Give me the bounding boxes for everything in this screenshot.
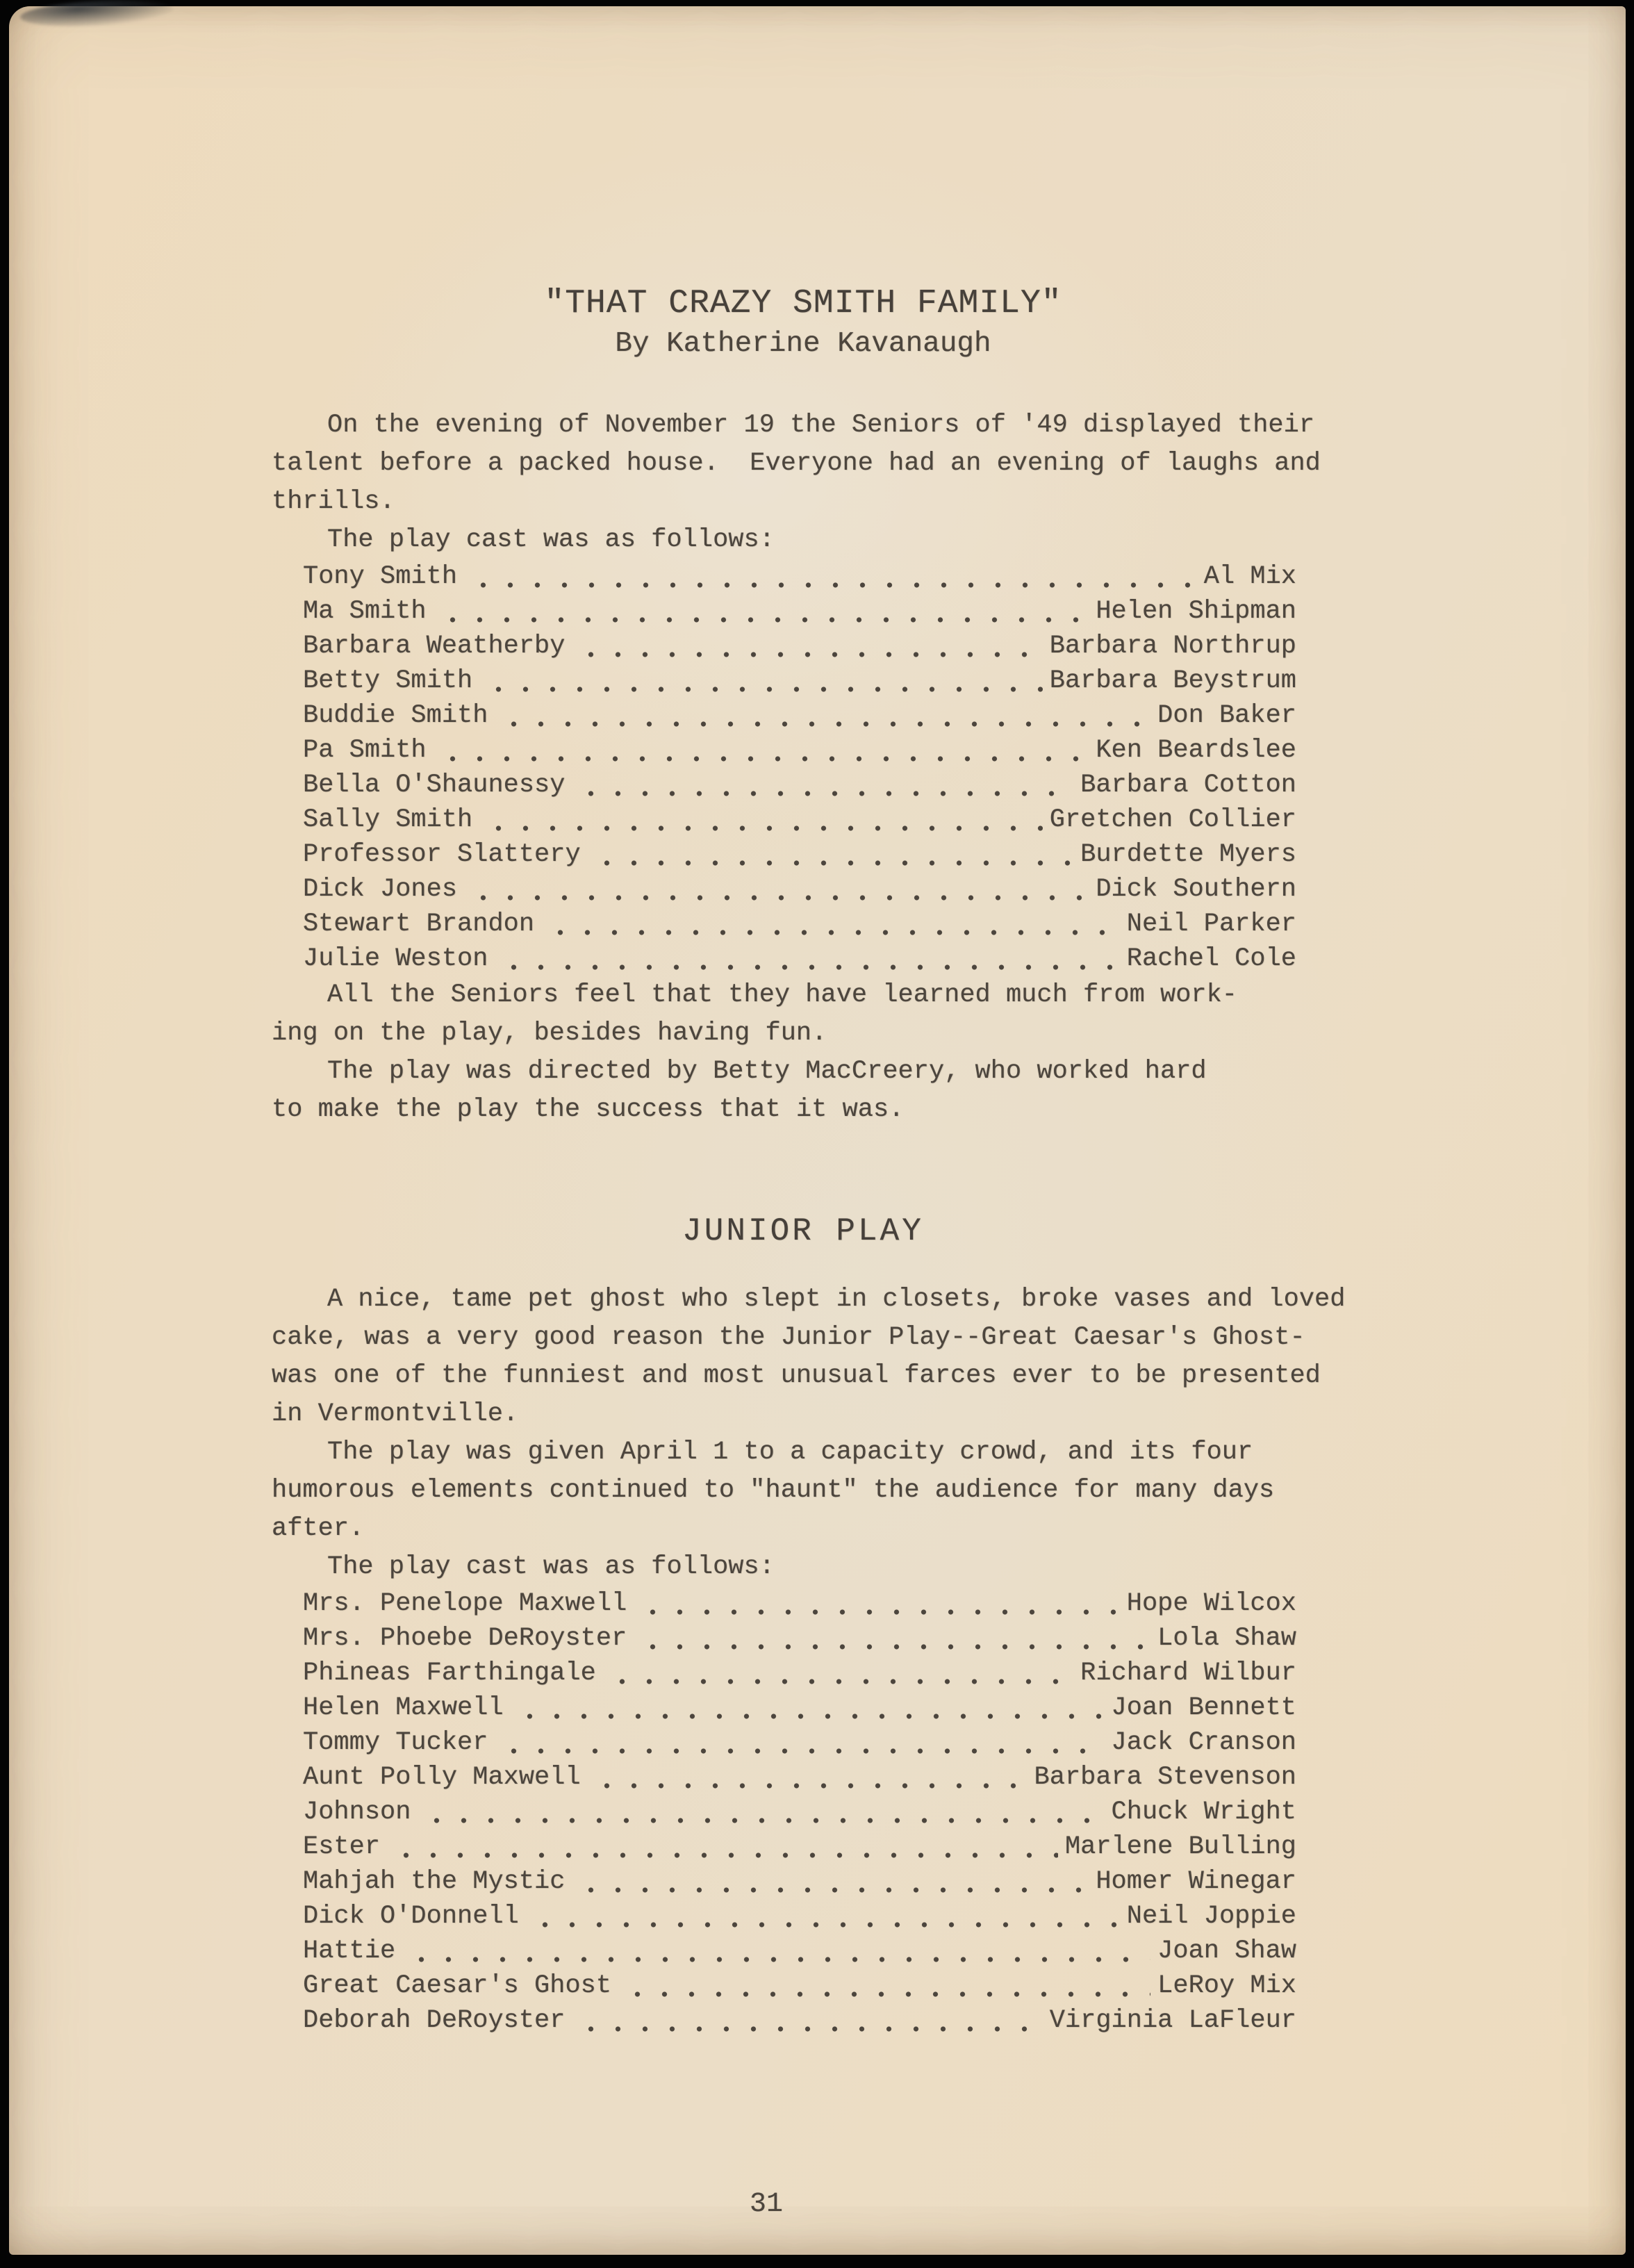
cast-actor: Rachel Cole [1127,942,1296,976]
cast-row: Ma SmithHelen Shipman [303,594,1296,629]
senior-play-outro-paragraph-1: All the Seniors feel that they have lear… [272,976,1335,1053]
cast-actor: Gretchen Collier [1050,803,1296,837]
cast-role: Dick O'Donnell [303,1899,519,1934]
cast-row: Professor SlatteryBurdette Myers [303,837,1296,872]
cast-row: JohnsonChuck Wright [303,1795,1296,1830]
junior-cast-intro: The play cast was as follows: [272,1548,1335,1586]
senior-play-outro-paragraph-2: The play was directed by Betty MacCreery… [272,1053,1335,1129]
text-line: The play was given April 1 to a capacity… [272,1433,1335,1472]
cast-role: Great Caesar's Ghost [303,1969,611,2003]
junior-cast-list: Mrs. Penelope MaxwellHope WilcoxMrs. Pho… [303,1586,1296,2038]
dot-leader [418,1795,1104,1830]
text-line: was one of the funniest and most unusual… [272,1357,1335,1395]
dot-leader [588,837,1073,872]
dot-leader [572,1864,1089,1899]
cast-actor: Joan Bennett [1112,1691,1296,1725]
scan-smudge [19,0,174,30]
junior-play-intro-paragraph-1: A nice, tame pet ghost who slept in clos… [272,1281,1335,1433]
cast-row: Barbara WeatherbyBarbara Northrup [303,629,1296,664]
dot-leader [495,1725,1104,1760]
cast-role: Tommy Tucker [303,1725,488,1760]
cast-actor: Virginia LaFleur [1050,2003,1296,2038]
cast-role: Bella O'Shaunessy [303,768,565,803]
cast-row: Deborah DeRoysterVirginia LaFleur [303,2003,1296,2038]
cast-role: Sally Smith [303,803,472,837]
dot-leader [402,1934,1150,1969]
cast-row: Phineas FarthingaleRichard Wilbur [303,1656,1296,1691]
cast-actor: Al Mix [1204,559,1296,594]
cast-role: Hattie [303,1934,395,1969]
page-number: 31 [272,2188,1261,2221]
cast-actor: Neil Joppie [1127,1899,1296,1934]
cast-actor: Don Baker [1157,698,1296,733]
cast-role: Mrs. Phoebe DeRoyster [303,1621,627,1656]
dot-leader [464,559,1197,594]
cast-role: Tony Smith [303,559,457,594]
cast-actor: Barbara Stevenson [1034,1760,1296,1795]
cast-row: Great Caesar's GhostLeRoy Mix [303,1969,1296,2003]
cast-row: Dick O'DonnellNeil Joppie [303,1899,1296,1934]
cast-row: Pa SmithKen Beardslee [303,733,1296,768]
dot-leader [603,1656,1073,1691]
dot-leader [572,2003,1042,2038]
cast-row: Mrs. Penelope MaxwellHope Wilcox [303,1586,1296,1621]
cast-actor: Hope Wilcox [1127,1586,1296,1621]
senior-play-byline: By Katherine Kavanaugh [272,326,1335,362]
text-line: All the Seniors feel that they have lear… [272,976,1335,1014]
yearbook-page: "THAT CRAZY SMITH FAMILY" By Katherine K… [9,6,1626,2255]
dot-leader [495,698,1150,733]
cast-row: Betty SmithBarbara Beystrum [303,664,1296,698]
text-line: humorous elements continued to "haunt" t… [272,1472,1335,1510]
cast-row: Tony SmithAl Mix [303,559,1296,594]
dot-leader [634,1621,1150,1656]
cast-actor: Barbara Beystrum [1050,664,1296,698]
cast-actor: Helen Shipman [1096,594,1296,629]
text-line: ing on the play, besides having fun. [272,1014,1335,1053]
senior-cast-intro: The play cast was as follows: [272,521,1335,559]
dot-leader [479,664,1042,698]
cast-row: Buddie SmithDon Baker [303,698,1296,733]
senior-play-title: "THAT CRAZY SMITH FAMILY" [272,283,1335,324]
senior-cast-list: Tony SmithAl MixMa SmithHelen ShipmanBar… [303,559,1296,976]
junior-play-intro-paragraph-2: The play was given April 1 to a capacity… [272,1433,1335,1548]
cast-row: Bella O'ShaunessyBarbara Cotton [303,768,1296,803]
cast-actor: Homer Winegar [1096,1864,1296,1899]
text-line: talent before a packed house. Everyone h… [272,445,1335,483]
text-line: A nice, tame pet ghost who slept in clos… [272,1281,1335,1319]
junior-play-title: JUNIOR PLAY [272,1211,1335,1251]
cast-row: Aunt Polly MaxwellBarbara Stevenson [303,1760,1296,1795]
dot-leader [526,1899,1120,1934]
cast-role: Professor Slattery [303,837,581,872]
junior-play-section: JUNIOR PLAY A nice, tame pet ghost who s… [272,1211,1335,2038]
cast-row: Helen MaxwellJoan Bennett [303,1691,1296,1725]
page-content: "THAT CRAZY SMITH FAMILY" By Katherine K… [272,6,1335,2038]
cast-actor: Chuck Wright [1112,1795,1296,1830]
cast-role: Ester [303,1830,380,1864]
cast-actor: Lola Shaw [1157,1621,1296,1656]
cast-role: Mahjah the Mystic [303,1864,565,1899]
text-line: The play was directed by Betty MacCreery… [272,1053,1335,1091]
cast-role: Stewart Brandon [303,907,534,942]
cast-role: Barbara Weatherby [303,629,565,664]
dot-leader [634,1586,1119,1621]
cast-row: EsterMarlene Bulling [303,1830,1296,1864]
cast-row: Stewart BrandonNeil Parker [303,907,1296,942]
cast-role: Dick Jones [303,872,457,907]
cast-role: Pa Smith [303,733,427,768]
text-line: to make the play the success that it was… [272,1091,1335,1129]
text-line: in Vermontville. [272,1395,1335,1433]
cast-actor: Richard Wilbur [1080,1656,1296,1691]
cast-actor: Jack Cranson [1112,1725,1296,1760]
dot-leader [511,1691,1105,1725]
dot-leader [495,942,1119,976]
dot-leader [464,872,1089,907]
text-line: thrills. [272,483,1335,521]
cast-row: Dick JonesDick Southern [303,872,1296,907]
cast-role: Helen Maxwell [303,1691,504,1725]
cast-role: Betty Smith [303,664,472,698]
cast-role: Buddie Smith [303,698,488,733]
dot-leader [434,733,1089,768]
senior-play-intro-paragraph: On the evening of November 19 the Senior… [272,406,1335,521]
senior-play-section: "THAT CRAZY SMITH FAMILY" By Katherine K… [272,283,1335,1129]
text-line: after. [272,1510,1335,1548]
cast-actor: Barbara Cotton [1080,768,1296,803]
cast-row: Mrs. Phoebe DeRoysterLola Shaw [303,1621,1296,1656]
cast-role: Julie Weston [303,942,488,976]
cast-role: Phineas Farthingale [303,1656,596,1691]
cast-role: Ma Smith [303,594,427,629]
cast-actor: Barbara Northrup [1050,629,1296,664]
cast-actor: Neil Parker [1127,907,1296,942]
cast-actor: LeRoy Mix [1157,1969,1296,2003]
cast-actor: Ken Beardslee [1096,733,1296,768]
scan-background: "THAT CRAZY SMITH FAMILY" By Katherine K… [0,0,1634,2268]
cast-role: Aunt Polly Maxwell [303,1760,581,1795]
dot-leader [541,907,1120,942]
dot-leader [572,768,1073,803]
dot-leader [479,803,1042,837]
text-line: cake, was a very good reason the Junior … [272,1319,1335,1357]
dot-leader [387,1830,1058,1864]
dot-leader [434,594,1089,629]
dot-leader [618,1969,1150,2003]
cast-row: Mahjah the MysticHomer Winegar [303,1864,1296,1899]
cast-role: Deborah DeRoyster [303,2003,565,2038]
cast-actor: Marlene Bulling [1065,1830,1296,1864]
cast-row: HattieJoan Shaw [303,1934,1296,1969]
cast-actor: Joan Shaw [1157,1934,1296,1969]
cast-actor: Burdette Myers [1080,837,1296,872]
cast-role: Johnson [303,1795,411,1830]
cast-row: Sally SmithGretchen Collier [303,803,1296,837]
text-line: On the evening of November 19 the Senior… [272,406,1335,445]
cast-row: Tommy TuckerJack Cranson [303,1725,1296,1760]
dot-leader [572,629,1042,664]
cast-actor: Dick Southern [1096,872,1296,907]
dot-leader [588,1760,1028,1795]
cast-role: Mrs. Penelope Maxwell [303,1586,627,1621]
cast-row: Julie WestonRachel Cole [303,942,1296,976]
